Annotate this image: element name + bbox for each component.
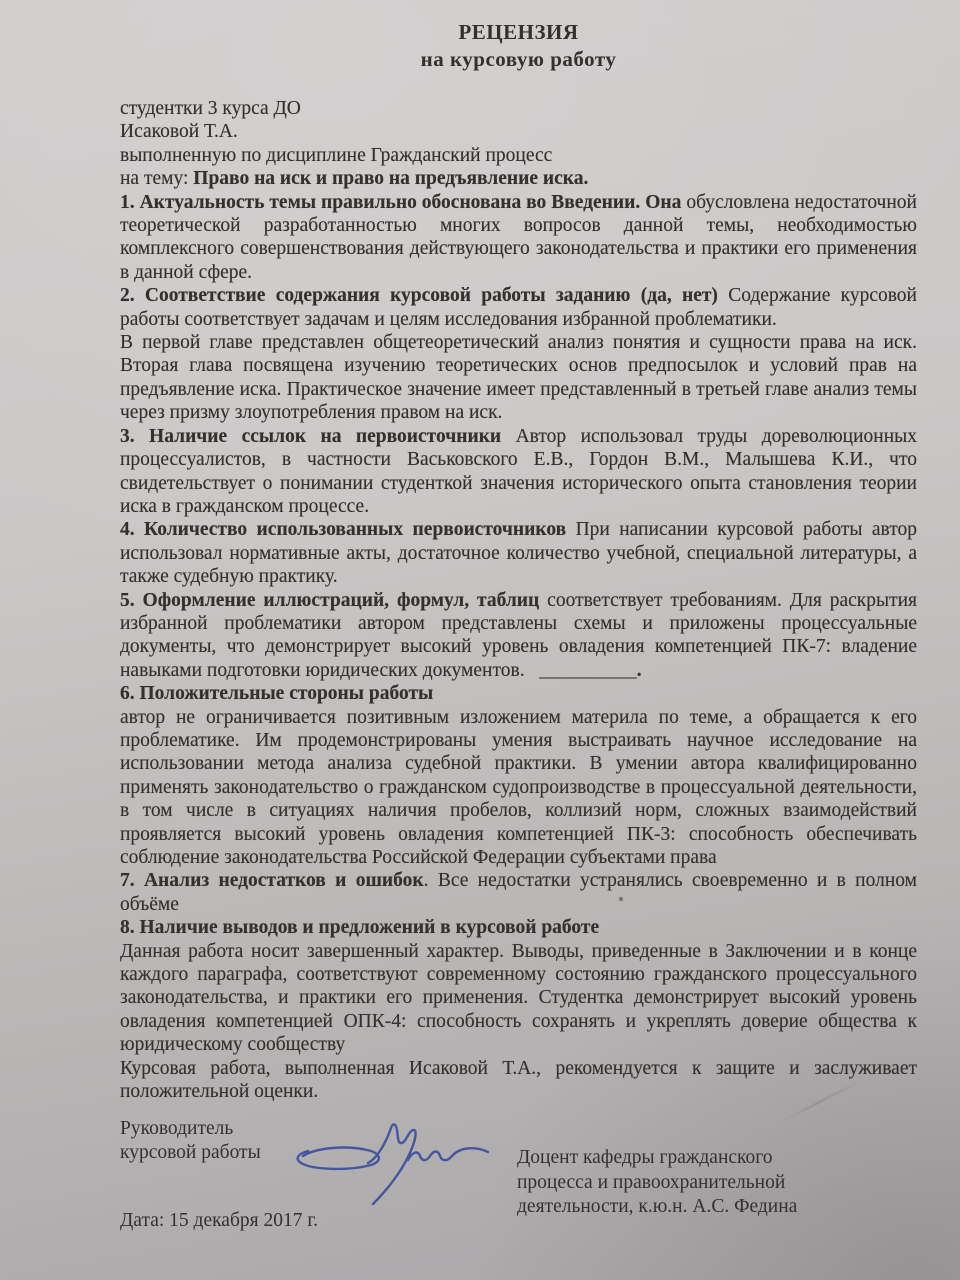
text-run-bold: . (637, 660, 642, 681)
intro-line-3: выполненную по дисциплине Гражданский пр… (120, 144, 917, 167)
text-run-bold: 3. Наличие ссылок на первоисточники (120, 426, 516, 447)
paragraph-1: 1. Актуальность темы правильно обоснован… (120, 191, 917, 285)
intro-line-2: Исаковой Т.А. (120, 120, 917, 143)
text-run-bold: 2. Соответствие содержания курсовой рабо… (120, 285, 728, 306)
paragraph-6: 5. Оформление иллюстраций, формул, табли… (120, 589, 917, 683)
handwritten-signature (275, 1112, 495, 1222)
paragraph-9: 7. Анализ недостатков и ошибок. Все недо… (120, 869, 917, 916)
date-line: Дата: 15 декабря 2017 г. (120, 1210, 318, 1232)
text-run-bold: 5. Оформление иллюстраций, формул, табли… (120, 590, 547, 611)
scanned-review-page: РЕЦЕНЗИЯ на курсовую работу студентки 3 … (0, 0, 960, 1280)
text-run: Данная работа носит завершенный характер… (120, 941, 917, 1056)
text-run-bold: 7. Анализ недостатков и ошибок (120, 870, 424, 891)
paragraph-12: Курсовая работа, выполненная Исаковой Т.… (120, 1057, 917, 1104)
text-run: Курсовая работа, выполненная Исаковой Т.… (120, 1058, 917, 1102)
reviewer-title-line-2: процесса и правоохранительной (517, 1171, 797, 1196)
intro-line-1: студентки 3 курса ДО (120, 97, 917, 120)
topic-line: на тему: Право на иск и право на предъяв… (120, 167, 917, 190)
topic-title: Право на иск и право на предъявление иск… (193, 168, 588, 189)
text-run: __________ (539, 660, 637, 681)
review-body: студентки 3 курса ДОИсаковой Т.А.выполне… (120, 97, 917, 1103)
paper-speck (619, 897, 623, 901)
paragraph-11: Данная работа носит завершенный характер… (120, 940, 917, 1057)
text-run-bold: 8. Наличие выводов и предложений в курсо… (120, 917, 599, 938)
paragraph-7: 6. Положительные стороны работы (120, 682, 917, 705)
text-run: В первой главе представлен общетеоретиче… (120, 332, 917, 423)
paragraph-3: В первой главе представлен общетеоретиче… (120, 331, 917, 425)
text-run-bold: 4. Количество использованных первоисточн… (120, 519, 576, 540)
reviewer-title-line-3: деятельности, к.ю.н. А.С. Федина (517, 1195, 797, 1220)
paragraph-2: 2. Соответствие содержания курсовой рабо… (120, 284, 917, 331)
paragraph-10: 8. Наличие выводов и предложений в курсо… (120, 916, 917, 939)
supervisor-label: Руководитель курсовой работы (120, 1117, 261, 1165)
topic-prefix: на тему: (120, 168, 193, 189)
supervisor-label-line2: курсовой работы (120, 1141, 261, 1165)
text-run-bold: 1. Актуальность темы правильно обоснован… (120, 192, 686, 213)
document-title: РЕЦЕНЗИЯ (120, 20, 917, 45)
reviewer-title: Доцент кафедры гражданскогопроцесса и пр… (517, 1146, 797, 1220)
text-run: автор не ограничивается позитивным излож… (120, 707, 917, 868)
document-subtitle: на курсовую работу (120, 47, 917, 72)
paragraph-4: 3. Наличие ссылок на первоисточники Авто… (120, 425, 917, 519)
reviewer-title-line-1: Доцент кафедры гражданского (517, 1146, 797, 1171)
supervisor-label-line1: Руководитель (120, 1117, 261, 1141)
paragraph-8: автор не ограничивается позитивным излож… (120, 706, 917, 870)
paragraph-5: 4. Количество использованных первоисточн… (120, 518, 917, 588)
text-run-bold: 6. Положительные стороны работы (120, 683, 433, 704)
